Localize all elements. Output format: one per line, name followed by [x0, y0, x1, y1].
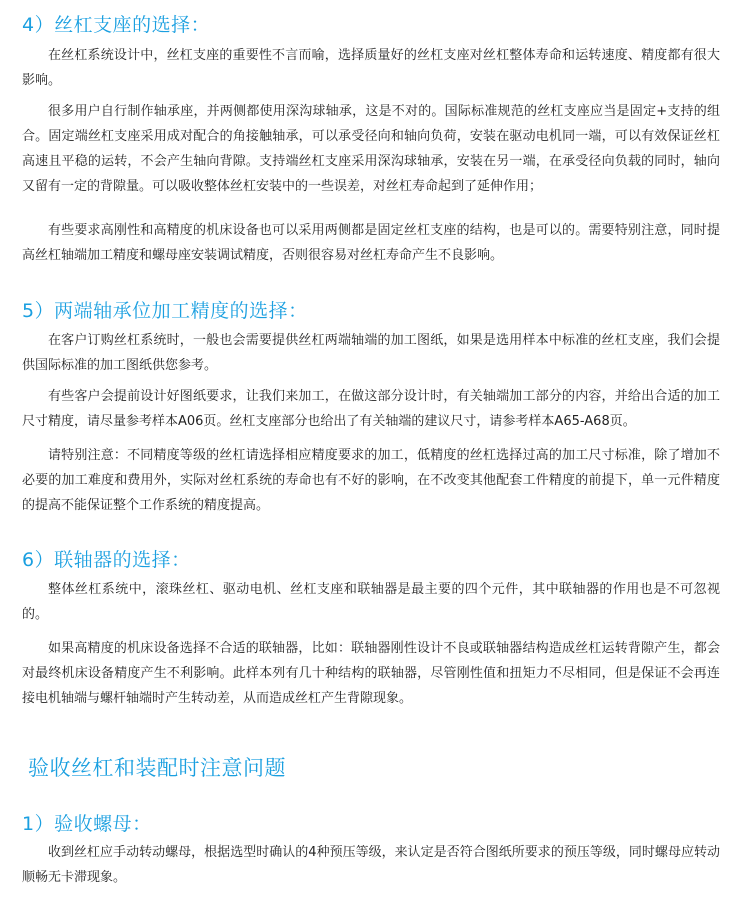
- section-4-paragraph-2: 很多用户自行制作轴承座，并两侧都使用深沟球轴承，这是不对的。国际标准规范的丝杠支…: [22, 99, 720, 199]
- section-4-paragraph-1: 在丝杠系统设计中，丝杠支座的重要性不言而喻，选择质量好的丝杠支座对丝杠整体寿命和…: [22, 43, 720, 93]
- section-6-heading: 6）联轴器的选择：: [22, 545, 191, 572]
- subsection-1-paragraph-1: 收到丝杠应手动转动螺母，根据选型时确认的4种预压等级，来认定是否符合图纸所要求的…: [22, 840, 720, 890]
- section-6-paragraph-1: 整体丝杠系统中，滚珠丝杠、驱动电机、丝杠支座和联轴器是最主要的四个元件，其中联轴…: [22, 577, 720, 627]
- section-5-heading: 5）两端轴承位加工精度的选择：: [22, 296, 308, 323]
- section-5-paragraph-3: 请特别注意：不同精度等级的丝杠请选择相应精度要求的加工，低精度的丝杠选择过高的加…: [22, 443, 720, 518]
- section-4-paragraph-3: 有些要求高刚性和高精度的机床设备也可以采用两侧都是固定丝杠支座的结构，也是可以的…: [22, 218, 720, 268]
- section-6-paragraph-2: 如果高精度的机床设备选择不合适的联轴器，比如：联轴器刚性设计不良或联轴器结构造成…: [22, 636, 720, 711]
- section-5-paragraph-2: 有些客户会提前设计好图纸要求，让我们来加工，在做这部分设计时，有关轴端加工部分的…: [22, 384, 720, 434]
- section-4-heading: 4）丝杠支座的选择：: [22, 10, 210, 37]
- subsection-1-heading: 1）验收螺母：: [22, 809, 152, 836]
- main-heading: 验收丝杠和装配时注意问题: [28, 752, 286, 782]
- section-5-paragraph-1: 在客户订购丝杠系统时，一般也会需要提供丝杠两端轴端的加工图纸，如果是选用样本中标…: [22, 328, 720, 378]
